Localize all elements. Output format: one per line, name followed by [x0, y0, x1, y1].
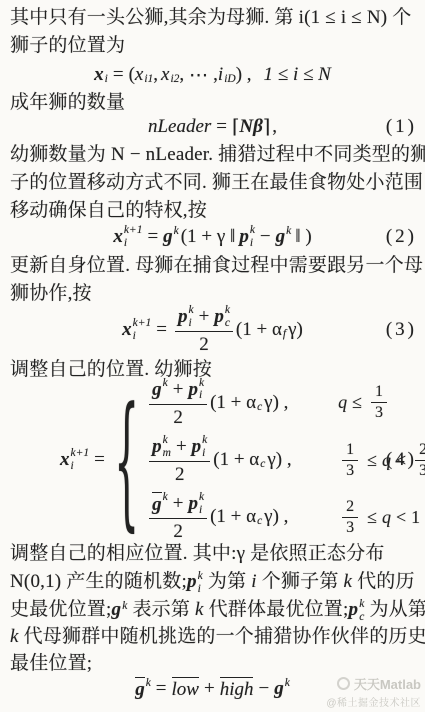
math-var-overline: g [152, 492, 162, 516]
math-operator: < [396, 507, 406, 528]
math-sup: k [250, 224, 255, 237]
math-operator: = [216, 116, 227, 138]
math-var: g [163, 226, 173, 248]
math-numerator: p km + p ki [149, 434, 210, 462]
math-var: x [94, 64, 104, 86]
math-operator: + [176, 436, 187, 458]
math-sup: k [199, 377, 204, 390]
math-var: p [192, 436, 202, 458]
math-denominator: 3 [346, 461, 354, 480]
math-numerator: 1 [342, 441, 358, 461]
math-sub: i1 [144, 73, 153, 85]
math-var: p [214, 306, 224, 328]
body-text: 为第 [203, 571, 251, 592]
math-sup: k [163, 377, 168, 390]
math-sup: k+1 [133, 317, 152, 330]
case-condition-3: 23 ≤ q < 1 [338, 498, 420, 537]
math-supsub: km [163, 434, 171, 459]
body-line-18: k 代母狮群中随机挑选的一个捕猎协作伙伴的历史 [10, 624, 425, 649]
math-sub: i [133, 330, 136, 343]
body-line-16: N(0,1) 产生的随机数;pki 为第 i 个狮子第 k 代的历 [10, 569, 415, 595]
math-denominator: 3 [346, 518, 354, 537]
math-var: g [111, 599, 121, 620]
math-numerator: p ki + p kc [175, 304, 233, 332]
math-sub: f [283, 328, 286, 340]
math-sub: c [260, 458, 265, 470]
math-sup: k [286, 225, 291, 237]
equation-number: (2) [386, 226, 417, 248]
math-var: p [349, 599, 359, 620]
math-var-overline: high [220, 677, 254, 701]
math-var: x [161, 64, 169, 86]
math-token: γ) , [264, 392, 288, 414]
math-sub: i [250, 237, 253, 250]
math-fraction: 13 [342, 441, 358, 480]
equation-number: (4) [386, 449, 417, 471]
math-operator: + [204, 678, 215, 700]
math-condition: 1 ≤ i ≤ N [264, 64, 331, 86]
math-sup: k [163, 491, 168, 504]
math-supsub: ki [199, 491, 204, 516]
watermark: 天天Matlab @稀土掘金技术社区 [326, 674, 421, 709]
math-var: p [188, 493, 198, 515]
math-sub: m [163, 447, 171, 460]
math-operator: − [258, 678, 269, 700]
body-text: 表示第 [128, 599, 196, 620]
math-sub: i2 [170, 73, 179, 85]
math-operator: + [173, 379, 184, 401]
case-row-3: gk + p ki 2 (1 + αcγ) , 23 ≤ q [146, 491, 425, 543]
body-line-8: 移动确保自己的特权,按 [10, 198, 207, 223]
equation-4: x k+1i = { gk + p ki 2 [0, 381, 425, 539]
math-operator: = [156, 319, 167, 341]
equation-number: (1) [386, 116, 417, 138]
math-sub: i [202, 447, 205, 460]
body-text: 代母狮群中随机挑选的一个捕猎协作伙伴的历史 [19, 626, 425, 647]
math-ellipsis: ⋯ [189, 64, 208, 87]
math-token: (1 + α [210, 392, 256, 414]
math-sup: k [188, 304, 193, 317]
curly-brace: { [114, 388, 139, 533]
math-sup: k [225, 304, 230, 317]
math-sub: i [199, 504, 202, 517]
math-var: x [122, 319, 132, 341]
math-sup: k [122, 600, 127, 612]
math-token: γ) , [267, 449, 291, 471]
math-supsub: ki [188, 304, 193, 329]
math-operator: + [173, 493, 184, 515]
math-numerator: gk + p ki [149, 491, 207, 519]
math-sup: k [163, 434, 168, 447]
math-token: ‖ ) [295, 226, 311, 248]
math-var: g [276, 226, 286, 248]
math-var: x [113, 226, 123, 248]
math-var-overline: low [172, 677, 199, 701]
math-denominator: 2 [175, 462, 185, 486]
math-fraction: 23 [342, 498, 358, 537]
math-fraction: gk + p ki 2 [149, 377, 207, 429]
body-line-2: 狮子的位置为 [10, 33, 125, 58]
math-var: p [152, 436, 162, 458]
math-sub: i [188, 317, 191, 330]
math-operator: = [156, 678, 167, 700]
math-token: 1 [411, 507, 420, 528]
math-token: (1 + γ ‖ [181, 226, 236, 248]
math-var: x [135, 64, 143, 86]
math-sub: i [124, 237, 127, 250]
equation-number: (3) [386, 319, 417, 341]
right-ceiling-bracket: ⌉ [263, 116, 270, 139]
math-operator: − [260, 226, 271, 248]
equation-position-vector: xi = ( xi1 , xi2 , ⋯ , iiD ) , 1 ≤ i ≤ N [0, 58, 425, 92]
math-var: x [60, 449, 70, 471]
math-sup: k [174, 225, 179, 237]
math-operator: + [199, 306, 210, 328]
math-comma: , [272, 116, 277, 138]
math-var: Nβ [239, 116, 262, 138]
math-operator: = [147, 226, 158, 248]
math-supsub: kc [225, 304, 230, 329]
math-sup: k [285, 677, 290, 689]
watermark-subtitle: @稀土掘金技术社区 [326, 694, 421, 709]
math-sub: c [257, 401, 262, 413]
math-sub: i [199, 389, 202, 402]
watermark-title: 天天Matlab [354, 674, 421, 693]
body-text: 史最优位置; [10, 599, 111, 620]
math-operator: = [113, 64, 124, 86]
math-operator: ≤ [352, 392, 362, 413]
math-denominator: 2 [173, 405, 183, 429]
math-var: p [178, 306, 188, 328]
math-numerator: gk + p ki [149, 377, 207, 405]
math-sup: k [146, 677, 151, 689]
math-sup: k [199, 491, 204, 504]
math-paren: ) , [236, 64, 252, 86]
case-condition-1: q ≤ 13 [338, 383, 391, 422]
math-supsub: k+1i [124, 224, 143, 249]
math-comma: , [153, 64, 158, 86]
case-row-1: gk + p ki 2 (1 + αcγ) , q ≤ 13 [146, 377, 425, 429]
body-text: 个狮子第 [257, 571, 344, 592]
math-var: nLeader [148, 116, 211, 138]
math-var: g [274, 678, 284, 700]
math-token: (1 + α [236, 319, 282, 341]
math-supsub: k+1i [133, 317, 152, 342]
watermark-logo-icon [337, 677, 350, 690]
body-line-1: 其中只有一头公狮,其余为母狮. 第 i(1 ≤ i ≤ N) 个 [10, 5, 411, 30]
math-supsub: ki [202, 434, 207, 459]
math-sub: c [225, 317, 230, 330]
math-var: i [218, 64, 223, 86]
math-fraction: p ki + p kc 2 [175, 304, 233, 356]
math-denominator: 3 [419, 461, 425, 480]
math-token: γ) [288, 319, 303, 341]
math-numerator: 2 [342, 498, 358, 518]
math-supsub: k+1i [71, 447, 90, 472]
document-page: 其中只有一头公狮,其余为母狮. 第 i(1 ≤ i ≤ N) 个 狮子的位置为 … [0, 0, 425, 712]
math-fraction: p km + p ki 2 [149, 434, 210, 486]
body-text: 代的历 [352, 571, 415, 592]
math-var: p [239, 226, 249, 248]
math-var: q [382, 507, 391, 528]
piecewise-cases: gk + p ki 2 (1 + αcγ) , q ≤ 13 [146, 377, 425, 543]
math-numerator: 1 [371, 383, 387, 403]
math-fraction: 13 [371, 383, 387, 422]
math-denominator: 3 [375, 403, 383, 422]
math-supsub: ki [250, 224, 255, 249]
case-row-2: p km + p ki 2 (1 + αcγ) , 13 ≤ [146, 434, 425, 486]
body-line-6: 幼狮数量为 N − nLeader. 捕猎过程中不同类型的狮 [10, 142, 425, 167]
body-line-17: 史最优位置;gk 表示第 k 代群体最优位置;pkc 为从第 [10, 597, 425, 625]
math-var-overline: g [135, 677, 145, 701]
math-supsub: ki [199, 377, 204, 402]
math-operator: ≤ [367, 507, 377, 528]
math-sup: k+1 [124, 224, 143, 237]
math-var: k [195, 599, 204, 620]
math-var: p [187, 571, 197, 592]
math-denominator: 2 [173, 519, 183, 543]
equation-1: nLeader = ⌈ Nβ ⌉ , (1) [0, 113, 425, 141]
body-line-15: 调整自己的相应位置. 其中:γ 是依照正态分布 [10, 541, 385, 566]
math-var: g [152, 379, 162, 401]
math-operator: ≤ [367, 450, 377, 471]
math-operator: = [94, 449, 105, 471]
math-denominator: 2 [199, 332, 209, 356]
math-var: p [188, 379, 198, 401]
body-text: 为从第 [365, 599, 425, 620]
body-line-4: 成年狮的数量 [10, 90, 125, 115]
body-text: 代群体最优位置; [204, 599, 349, 620]
equation-3: x k+1i = p ki + p kc 2 (1 + αfγ) (3) [0, 302, 425, 358]
math-var: k [10, 626, 19, 647]
math-sup: k+1 [71, 447, 90, 460]
math-var: q [338, 392, 347, 413]
math-token: (1 + α [210, 506, 256, 528]
math-fraction: gk + p ki 2 [149, 491, 207, 543]
math-sub: i [105, 73, 108, 85]
body-line-19: 最佳位置; [10, 651, 92, 676]
math-sub: i [198, 583, 201, 596]
body-line-7: 子的位置移动方式不同. 狮王在最佳食物处小范围 [10, 170, 423, 195]
math-var: k [343, 571, 352, 592]
math-sub: i [71, 460, 74, 473]
body-text: N(0,1) 产生的随机数; [10, 571, 187, 592]
math-comma: , [179, 64, 184, 86]
math-token: γ) , [264, 506, 288, 528]
math-sub: c [257, 515, 262, 527]
math-token: (1 + α [213, 449, 259, 471]
math-sub: iD [224, 73, 236, 85]
math-sup: k [202, 434, 207, 447]
equation-2: x k+1i = gk (1 + γ ‖ p ki − gk ‖ ) (2) [0, 221, 425, 253]
body-line-10: 更新自身位置. 母狮在捕食过程中需要跟另一个母 [10, 253, 423, 278]
